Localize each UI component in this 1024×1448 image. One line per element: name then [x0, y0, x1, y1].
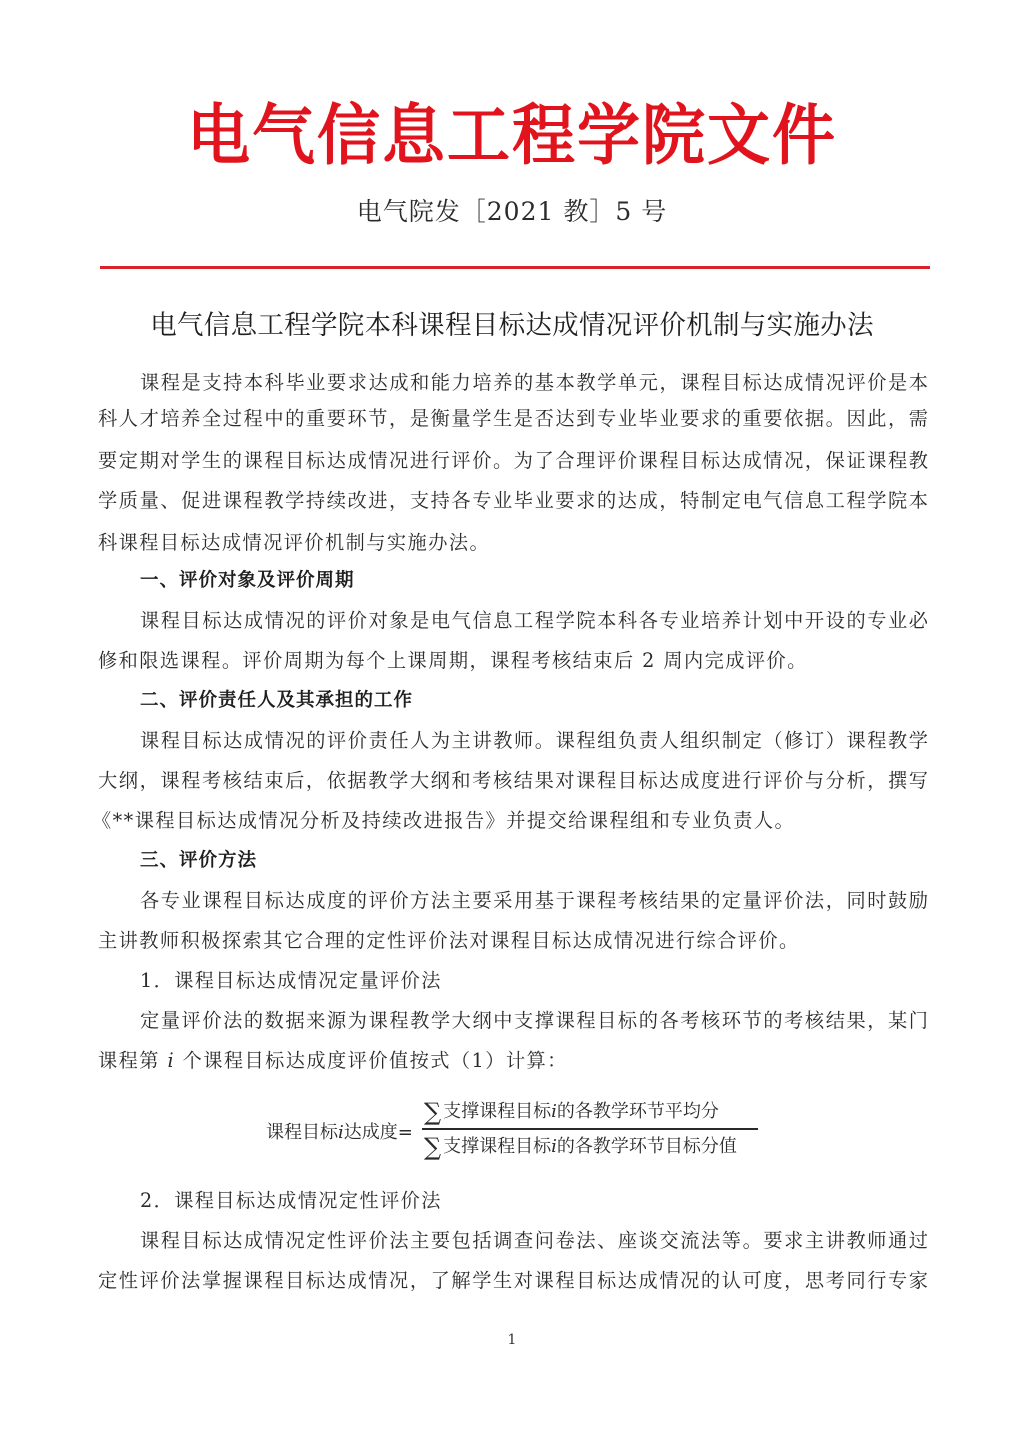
sigma-icon: ∑	[424, 1098, 441, 1126]
paragraph-line: 课程目标达成情况定性评价法主要包括调查问卷法、座谈交流法等。要求主讲教师通过	[140, 1226, 928, 1256]
paragraph-line: 定量评价法的数据来源为课程教学大纲中支撑课程目标的各考核环节的考核结果，某门	[140, 1006, 928, 1036]
section-heading: 二、评价责任人及其承担的工作	[140, 686, 413, 716]
text-fragment: 支撑课程目标	[443, 1101, 551, 1122]
text-fragment: 达成度=	[344, 1122, 413, 1143]
formula-denominator: ∑支撑课程目标i的各教学环节目标分值	[422, 1133, 758, 1161]
paragraph-line: 课程第 i 个课程目标达成度评价值按式（1）计算：	[98, 1046, 928, 1076]
section-heading: 一、评价对象及评价周期	[140, 566, 355, 596]
text-fragment: 的各教学环节平均分	[557, 1101, 719, 1122]
paragraph-line: 主讲教师积极探索其它合理的定性评价法对课程目标达成情况进行综合评价。	[98, 926, 928, 956]
paragraph-line: 《**课程目标达成情况分析及持续改进报告》并提交给课程组和专业负责人。	[92, 806, 922, 836]
paragraph-line: 课程目标达成情况的评价责任人为主讲教师。课程组负责人组织制定（修订）课程教学	[140, 726, 928, 756]
text-fragment: 课程目标	[266, 1122, 338, 1143]
section-heading: 三、评价方法	[140, 846, 257, 876]
paragraph-line: 定性评价法掌握课程目标达成情况，了解学生对课程目标达成情况的认可度，思考同行专家	[98, 1266, 928, 1296]
text-fragment: 课程第	[98, 1049, 167, 1072]
paragraph-line: 大纲，课程考核结束后，依据教学大纲和考核结果对课程目标达成度进行评价与分析，撰写	[98, 766, 928, 796]
document-page: 电气信息工程学院文件 电气院发［2021 教］5 号 电气信息工程学院本科课程目…	[0, 0, 1024, 1448]
paragraph-line: 科课程目标达成情况评价机制与实施办法。	[98, 528, 928, 558]
formula-lhs: 课程目标i达成度=	[266, 1118, 413, 1148]
paragraph-line: 学质量、促进课程教学持续改进，支持各专业毕业要求的达成，特制定电气信息工程学院本	[98, 486, 928, 516]
fraction-bar	[422, 1128, 758, 1130]
subsection-heading: 1．课程目标达成情况定量评价法	[140, 966, 442, 996]
paragraph-line: 各专业课程目标达成度的评价方法主要采用基于课程考核结果的定量评价法，同时鼓励	[140, 886, 928, 916]
paragraph-line: 修和限选课程。评价周期为每个上课周期，课程考核结束后 2 周内完成评价。	[98, 646, 928, 676]
formula-fraction: ∑支撑课程目标i的各教学环节平均分 ∑支撑课程目标i的各教学环节目标分值	[422, 1098, 758, 1161]
text-fragment: 的各教学环节目标分值	[557, 1136, 737, 1157]
paragraph-line: 课程是支持本科毕业要求达成和能力培养的基本教学单元，课程目标达成情况评价是本	[140, 368, 928, 398]
text-fragment: 支撑课程目标	[443, 1136, 551, 1157]
paragraph-line: 科人才培养全过程中的重要环节，是衡量学生是否达到专业毕业要求的重要依据。因此，需	[98, 404, 928, 434]
subsection-heading: 2．课程目标达成情况定性评价法	[140, 1186, 442, 1216]
sigma-icon: ∑	[424, 1133, 441, 1161]
document-number: 电气院发［2021 教］5 号	[0, 192, 1024, 232]
letterhead-title: 电气信息工程学院文件	[0, 96, 1024, 176]
paragraph-line: 课程目标达成情况的评价对象是电气信息工程学院本科各专业培养计划中开设的专业必	[140, 606, 928, 636]
letterhead-divider	[100, 266, 930, 269]
variable-i: i	[167, 1049, 175, 1072]
paragraph-line: 要定期对学生的课程目标达成情况进行评价。为了合理评价课程目标达成情况，保证课程教	[98, 446, 928, 476]
text-fragment: 个课程目标达成度评价值按式（1）计算：	[175, 1049, 568, 1072]
formula-numerator: ∑支撑课程目标i的各教学环节平均分	[422, 1098, 758, 1126]
achievement-formula: 课程目标i达成度= ∑支撑课程目标i的各教学环节平均分 ∑支撑课程目标i的各教学…	[266, 1098, 766, 1168]
page-number: 1	[0, 1332, 1024, 1348]
document-title: 电气信息工程学院本科课程目标达成情况评价机制与实施办法	[0, 306, 1024, 346]
